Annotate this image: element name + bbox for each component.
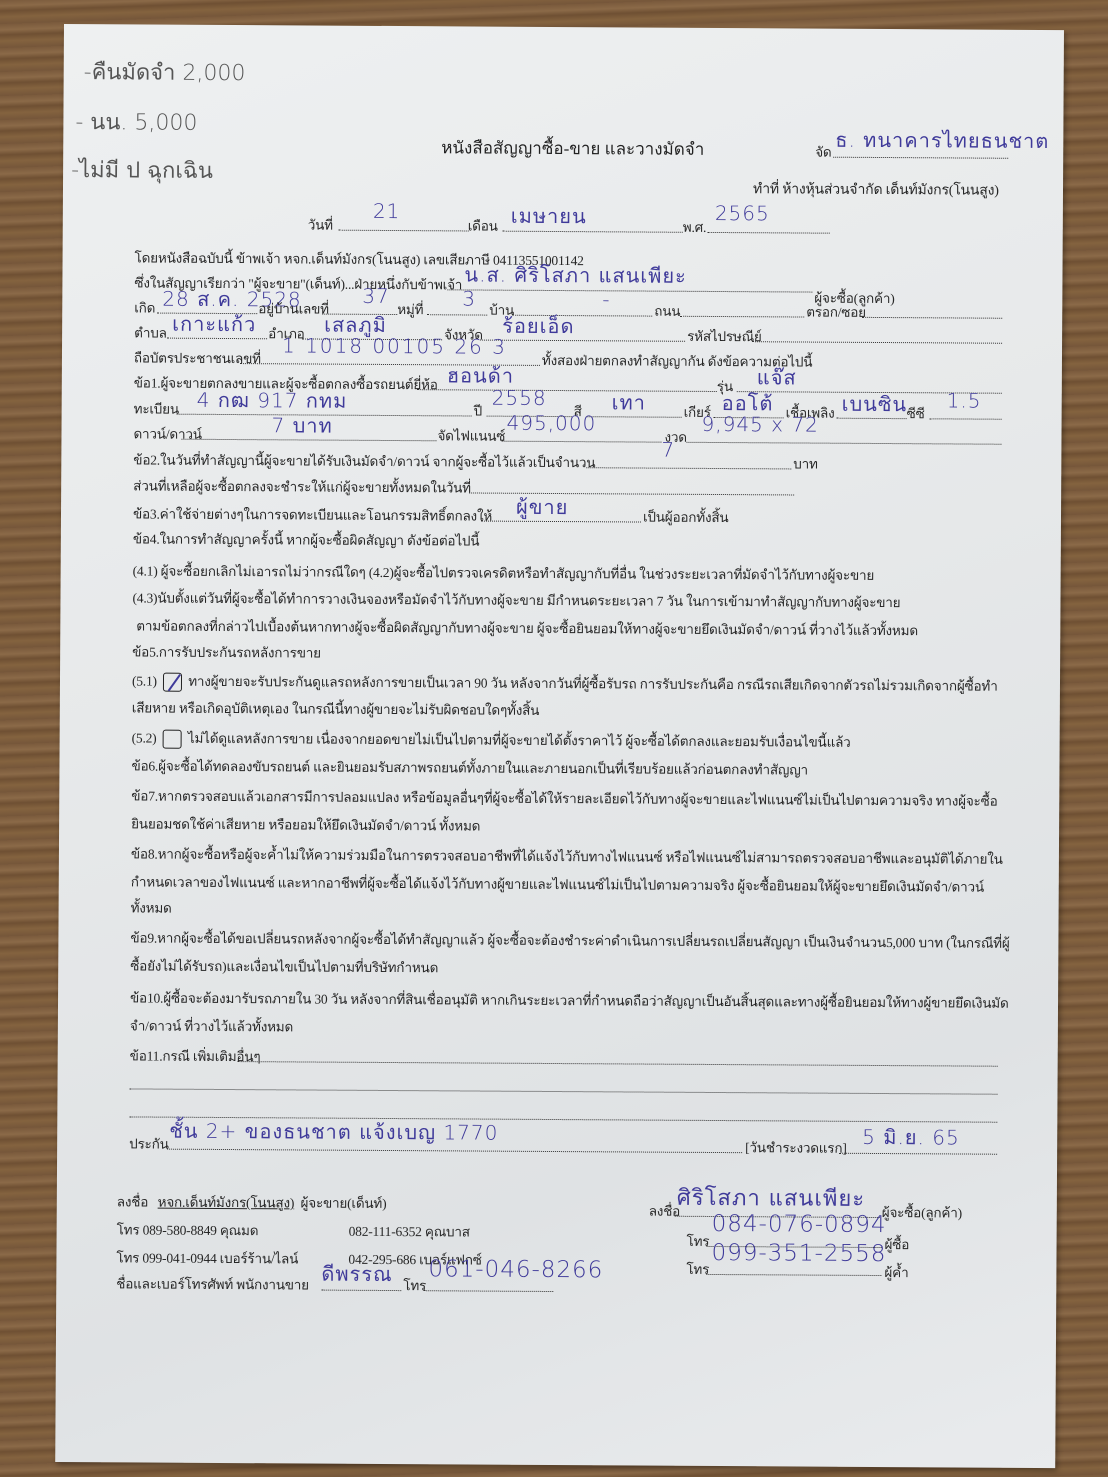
clause-3-suffix: เป็นผู้ออกทั้งสิ้น [643,506,729,529]
clause-11: ข้อ11.กรณี เพิ่มเติมอื่นๆ [130,1044,261,1067]
clause-4-3a: (4.3)นับตั้งแต่วันที่ผู้จะซื้อได้ทำการวา… [132,586,900,613]
month-field[interactable]: เมษายน [511,200,587,232]
vehicle-year-field[interactable]: 2558 [492,386,547,410]
clause-4: ข้อ4.ในการทำสัญญาครั้งนี้ หากผู้จะซื้อผิ… [133,527,480,551]
additional-line[interactable] [238,1061,998,1067]
day-label: วันที่ [308,213,333,235]
cc-label: ซีซี [907,402,925,424]
clause-5-1b: เสียหาย หรือเกิดอุบัติเหตุเอง ในกรณีนี้ท… [132,696,540,720]
plate-label: ทะเบียน [134,397,179,419]
guarantor-phone-label: โทร [686,1258,709,1280]
insurance-field[interactable]: ชั้น 2+ ของธนชาต แจ้งเบญ 1770 [169,1115,498,1149]
deposit-field[interactable]: 7 [661,438,675,462]
first-payment-field[interactable]: 5 มิ.ย. 65 [862,1121,960,1154]
day-field[interactable]: 21 [373,199,401,223]
clause-4-3b: ตามข้อตกลงที่กล่าวไปเบื้องต้นหากทางผู้จะ… [136,614,918,641]
buyer-phone-field[interactable]: 084-076-0894 [712,1211,887,1238]
id-label: ถือบัตรประชาชนเลขที่ [134,346,261,369]
clause-10a: ข้อ10.ผู้ซื้อจะต้องมารับรถภายใน 30 วัน ห… [130,986,1009,1013]
phone-1: โทร 089-580-8849 คุณมด [117,1218,259,1241]
clause-5-2: (5.2) ไม่ได้ดูแลหลังการขาย เนื่องจากยอดข… [132,726,851,753]
province-label: จัด [815,141,831,163]
alley-label: ตรอก/ซอย [806,301,866,323]
house-no-label: อยู่บ้านเลขที่ [258,297,329,319]
clause-5-1-text: ทางผู้ขายจะรับประกันดูแลรถหลังการขายเป็น… [188,674,998,694]
clause-10b: จำ/ดาวน์ ที่วางไว้แล้วทั้งหมด [130,1014,293,1037]
clause-5-1-label: (5.1) [132,673,157,688]
clause-5-2-text: ไม่ได้ดูแลหลังการขาย เนื่องจากยอดขายไม่เ… [188,731,851,750]
clause-4-1: (4.1) ผู้จะซื้อยกเลิกไม่เอารถไม่ว่ากรณีใ… [133,559,875,586]
guarantor-phone-field[interactable]: 099-351-2558 [711,1240,886,1267]
down-label: ดาวน์/ดาวน์ [133,422,201,444]
warranty-90-days-checkbox[interactable] [163,673,182,692]
clause-5-1: (5.1) ทางผู้ขายจะรับประกันดูแลรถหลังการข… [132,669,998,697]
clause-8b: กำหนดเวลาของไฟแนนซ์ และหากอาชีพที่ผู้จะซ… [131,870,984,897]
province-field[interactable]: ธ. ทนาคารไทยธนชาต [835,124,1049,157]
deposit-unit: บาท [793,452,818,474]
year-field[interactable]: 2565 [715,201,770,225]
seller-name: หจก.เด็นท์มังกร(โนนสูง) [158,1195,295,1211]
clause-8c: ทั้งหมด [131,896,172,918]
province-field-2[interactable]: ร้อยเอ็ด [502,310,575,342]
moo-label: หมู่ที่ [397,298,423,320]
seller-sign-block: ลงชื่อ หจก.เด็นท์มังกร(โนนสูง) ผู้จะขาย(… [117,1190,387,1214]
document-title: หนังสือสัญญาซื้อ-ขาย และวางมัดจำ [441,134,704,163]
guarantor-role: ผู้ค้ำ [884,1261,908,1283]
margin-note: - นน. 5,000 [75,104,197,140]
staff-label: ชื่อและเบอร์โทรศัพท์ พนักงานขาย [116,1272,309,1295]
clause-7b: ยินยอมชดใช้ค่าเสียหาย หรือยอมให้ยึดเงินม… [131,812,480,836]
buyer-sign-label: ลงชื่อ [649,1200,680,1222]
clause-3: ข้อ3.ค่าใช้จ่ายต่างๆในการจดทะเบียนและโอน… [133,502,492,526]
buyer-role: ผู้จะซื้อ(ลูกค้า) [882,1201,962,1223]
subdistrict-field[interactable]: เกาะแก้ว [172,308,256,341]
moo-field[interactable]: 3 [462,286,476,310]
clause-9a: ข้อ9.หากผู้จะซื้อได้ขอเปลี่ยนรถหลังจากผู… [130,926,1009,953]
clause-8a: ข้อ8.หากผู้จะซื้อหรือผู้จะค้ำไม่ให้ความร… [131,842,1003,869]
insurance-label: ประกัน [129,1132,169,1154]
installment-field[interactable]: 9,945 x 72 [701,412,818,437]
staff-phone-field[interactable]: 061-046-8266 [428,1256,603,1283]
phone-2: 082-111-6352 คุณบาส [349,1220,470,1243]
down-field[interactable]: 7 บาท [271,409,332,441]
clause-9b: ซื้อยังไม่ได้รับรถ)และเงื่อนไขเป็นไปตามท… [130,954,438,978]
postcode-label: รหัสไปรษณีย์ [687,325,762,347]
clause-2a: ข้อ2.ในวันที่ทำสัญญานี้ผู้จะขายได้รับเงิ… [133,448,595,473]
subdistrict-label: ตำบล [134,321,167,343]
finance-field[interactable]: 495,000 [506,411,596,436]
road-label: ถนน [654,300,680,322]
id-field[interactable]: 1 1018 00105 26 3 [282,333,507,358]
seller-sign-label: ลงชื่อ [117,1194,148,1209]
phone-3: โทร 099-041-0944 เบอร์ร้าน/ไลน์ [116,1246,298,1269]
clause-6: ข้อ6.ผู้จะซื้อได้ทดลองขับรถยนต์ และยินยอ… [131,754,808,780]
village-field[interactable]: - [602,287,610,311]
contract-paper: -คืนมัดจำ 2,000 - นน. 5,000 -ไม่มี ป ฉุก… [55,24,1064,1468]
clause-7a: ข้อ7.หากตรวจสอบแล้วเอกสารมีการปลอมแปลง ห… [131,784,997,811]
clause-2b: ส่วนที่เหลือผู้จะซื้อตกลงจะชำระให้แก่ผู้… [133,474,471,498]
first-payment-label: [วันชำระงวดแรก] [745,1136,847,1159]
buyer-phone-role: ผู้ซื้อ [884,1233,909,1255]
finance-label: จัดไฟแนนซ์ [437,424,505,446]
year-label: พ.ศ. [683,216,707,238]
made-at: ทำที่ ห้างหุ้นส่วนจำกัด เด็นท์มังกร(โนนส… [753,178,999,202]
cc-field[interactable]: 1.5 [947,388,982,412]
margin-note: -คืนมัดจำ 2,000 [84,54,246,90]
clause-5: ข้อ5.การรับประกันรถหลังการขาย [132,640,321,663]
seller-role: ผู้จะขาย(เด็นท์) [301,1195,387,1211]
no-warranty-checkbox[interactable] [163,730,182,749]
staff-phone-label: โทร [403,1274,426,1296]
buyer-phone-label: โทร [687,1230,710,1252]
staff-name-field[interactable]: ดีพรรณ [321,1258,392,1290]
house-no-field[interactable]: 37 [362,284,390,308]
expense-payer-field[interactable]: ผู้ขาย [516,491,569,523]
color-field[interactable]: เทา [612,386,646,418]
buyer-name-field[interactable]: น.ส. ศิริโสภา แสนเพียะ [464,258,687,291]
born-label: เกิด [134,296,155,318]
month-label: เดือน [468,214,498,236]
vehicle-year-label: ปี [474,400,483,422]
fuel-field[interactable]: เบนซิน [842,388,908,420]
margin-note: -ไม่มี ป ฉุกเฉิน [71,152,213,188]
clause-5-2-label: (5.2) [132,730,157,745]
additional-line[interactable] [129,1088,997,1094]
